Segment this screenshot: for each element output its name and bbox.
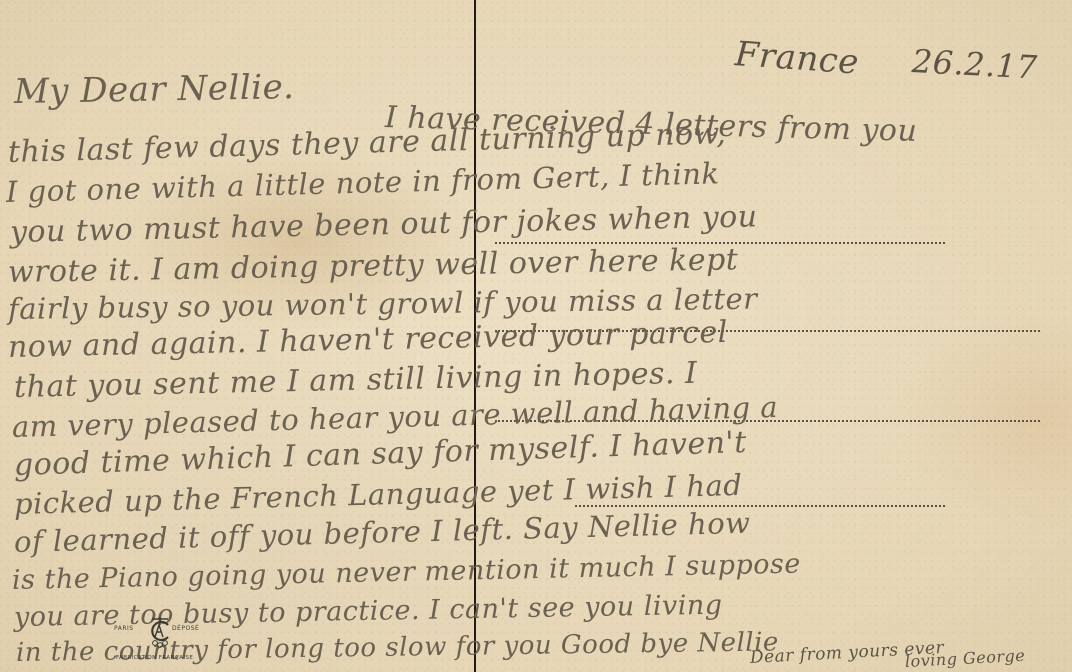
postcard-back: France 26.2.17 My Dear Nellie. I have re…: [0, 0, 1072, 672]
date-text: 26.2.17: [911, 42, 1038, 87]
address-dotted-line: [575, 505, 945, 507]
monogram-icon: [146, 615, 174, 649]
printer-city: PARIS: [114, 625, 134, 632]
printer-deposit: DÉPOSÉ: [172, 625, 199, 632]
salutation-text: My Dear Nellie.: [14, 67, 295, 112]
printer-mark: PARIS DÉPOSÉ FABRICATION FRANÇAISE: [112, 615, 212, 667]
printer-fabrication: FABRICATION FRANÇAISE: [116, 655, 193, 661]
place-text: France: [734, 34, 861, 83]
